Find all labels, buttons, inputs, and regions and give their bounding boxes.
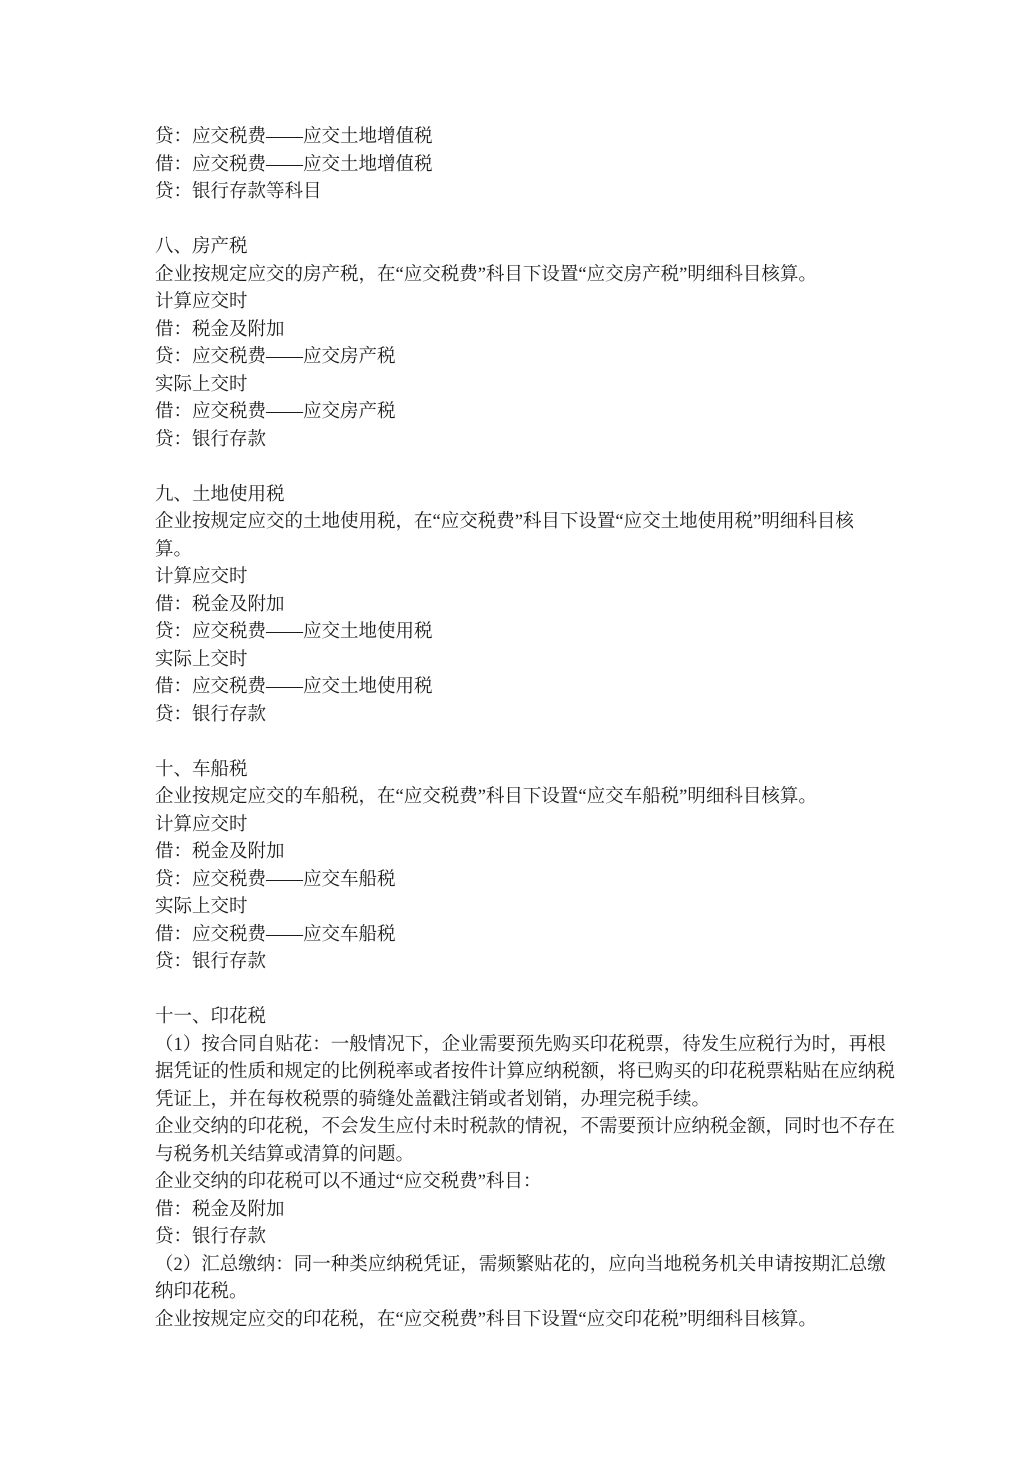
text-line: 借：税金及附加 — [155, 317, 900, 345]
text-line: （1）按合同自贴花：一般情况下，企业需要预先购买印花税票，待发生应税行为时，再根 — [155, 1032, 900, 1060]
section-8-property-tax: 八、房产税企业按规定应交的房产税，在“应交税费”科目下设置“应交房产税”明细科目… — [155, 234, 900, 454]
text-line: 贷：银行存款 — [155, 1224, 900, 1252]
text-line: 企业交纳的印花税，不会发生应付未时税款的情祝，不需要预计应纳税金额，同时也不存在 — [155, 1114, 900, 1142]
text-line: 贷：应交税费——应交车船税 — [155, 867, 900, 895]
document-body: 贷：应交税费——应交土地增值税借：应交税费——应交土地增值税贷：银行存款等科目八… — [155, 124, 900, 1334]
blank-line — [155, 207, 900, 235]
section-heading: 九、土地使用税 — [155, 482, 900, 510]
text-line: 企业按规定应交的房产税，在“应交税费”科目下设置“应交房产税”明细科目核算。 — [155, 262, 900, 290]
blank-line — [155, 977, 900, 1005]
text-line: 凭证上，并在每枚税票的骑缝处盖戳注销或者划销，办理完税手续。 — [155, 1087, 900, 1115]
section-heading: 八、房产税 — [155, 234, 900, 262]
text-line: 企业交纳的印花税可以不通过“应交税费”科目： — [155, 1169, 900, 1197]
land-vat-journal-entries-continuation: 贷：应交税费——应交土地增值税借：应交税费——应交土地增值税贷：银行存款等科目 — [155, 124, 900, 207]
text-line: 借：税金及附加 — [155, 592, 900, 620]
text-line: 计算应交时 — [155, 812, 900, 840]
text-line: 贷：应交税费——应交土地使用税 — [155, 619, 900, 647]
text-line: 贷：银行存款 — [155, 427, 900, 455]
text-line: 企业按规定应交的土地使用税，在“应交税费”科目下设置“应交土地使用税”明细科目核 — [155, 509, 900, 537]
section-9-land-use-tax: 九、土地使用税企业按规定应交的土地使用税，在“应交税费”科目下设置“应交土地使用… — [155, 482, 900, 730]
text-line: 借：税金及附加 — [155, 839, 900, 867]
text-line: 计算应交时 — [155, 564, 900, 592]
text-line: 借：税金及附加 — [155, 1197, 900, 1225]
blank-line — [155, 454, 900, 482]
section-heading: 十一、印花税 — [155, 1004, 900, 1032]
text-line: 据凭证的性质和规定的比例税率或者按件计算应纳税额，将已购买的印花税票粘贴在应纳税 — [155, 1059, 900, 1087]
text-line: 计算应交时 — [155, 289, 900, 317]
text-line: 贷：银行存款 — [155, 702, 900, 730]
section-heading: 十、车船税 — [155, 757, 900, 785]
text-line: 贷：银行存款等科目 — [155, 179, 900, 207]
text-line: 纳印花税。 — [155, 1279, 900, 1307]
text-line: 贷：应交税费——应交土地增值税 — [155, 124, 900, 152]
text-line: 实际上交时 — [155, 647, 900, 675]
text-line: 算。 — [155, 537, 900, 565]
text-line: （2）汇总缴纳：同一种类应纳税凭证，需频繁贴花的，应向当地税务机关申请按期汇总缴 — [155, 1252, 900, 1280]
section-11-stamp-tax: 十一、印花税（1）按合同自贴花：一般情况下，企业需要预先购买印花税票，待发生应税… — [155, 1004, 900, 1334]
text-line: 借：应交税费——应交车船税 — [155, 922, 900, 950]
text-line: 企业按规定应交的印花税，在“应交税费”科目下设置“应交印花税”明细科目核算。 — [155, 1307, 900, 1335]
text-line: 实际上交时 — [155, 894, 900, 922]
text-line: 贷：应交税费——应交房产税 — [155, 344, 900, 372]
text-line: 贷：银行存款 — [155, 949, 900, 977]
blank-line — [155, 729, 900, 757]
text-line: 借：应交税费——应交土地使用税 — [155, 674, 900, 702]
document-page: 贷：应交税费——应交土地增值税借：应交税费——应交土地增值税贷：银行存款等科目八… — [0, 0, 1036, 1465]
text-line: 与税务机关结算或清算的问题。 — [155, 1142, 900, 1170]
section-10-vehicle-vessel-tax: 十、车船税企业按规定应交的车船税，在“应交税费”科目下设置“应交车船税”明细科目… — [155, 757, 900, 977]
text-line: 借：应交税费——应交土地增值税 — [155, 152, 900, 180]
text-line: 实际上交时 — [155, 372, 900, 400]
text-line: 借：应交税费——应交房产税 — [155, 399, 900, 427]
text-line: 企业按规定应交的车船税，在“应交税费”科目下设置“应交车船税”明细科目核算。 — [155, 784, 900, 812]
